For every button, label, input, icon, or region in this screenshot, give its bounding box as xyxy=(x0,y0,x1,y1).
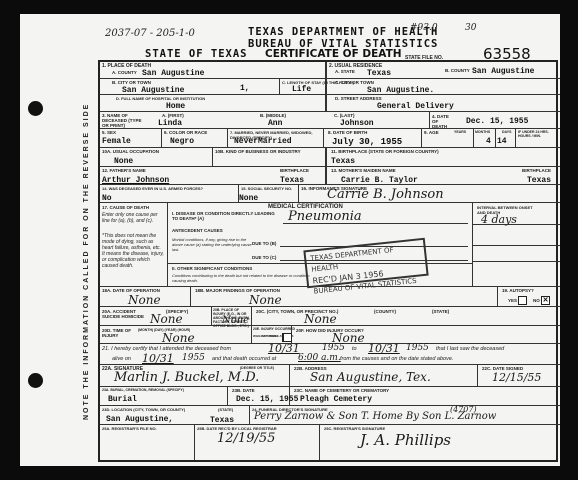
to-word: to xyxy=(352,346,357,352)
armed-forces-label: 14. WAS DECEASED EVER IN U.S. ARMED FORC… xyxy=(102,186,203,191)
birthplace-value: Texas xyxy=(331,157,355,166)
cause-footnote: *This does not mean the mode of dying, s… xyxy=(102,233,164,269)
age-hours-label: IF UNDER 24 HRS. Hours / Min. xyxy=(518,130,558,138)
date-received-value: 12/19/55 xyxy=(217,431,275,446)
ssn-label: 15. SOCIAL SECURITY NO. xyxy=(241,186,292,191)
certify-text-3: alive on xyxy=(112,356,131,362)
burial-location-label: 23d. LOCATION (City, town, or county) xyxy=(102,407,185,412)
certify-text-5: from the causes and on the date stated a… xyxy=(340,356,453,362)
middle-name-value: Ann xyxy=(268,119,282,128)
punch-hole-top xyxy=(28,101,43,116)
mother-birthplace-value: Texas xyxy=(527,176,551,185)
certify-text-4: and that death occurred at xyxy=(212,356,276,362)
first-name-value: Linda xyxy=(158,119,182,128)
age-days-label: DAYS xyxy=(502,130,511,134)
cause-instructions-cell: 17. CAUSE OF DEATH Enter only one cause … xyxy=(100,203,168,287)
burial-state-value: Texas xyxy=(210,416,234,425)
state-title: STATE OF TEXAS xyxy=(145,48,248,60)
mother-cell: 13. MOTHER'S MAIDEN NAME BIRTHPLACE Carr… xyxy=(327,167,560,185)
reverse-side-note: NOTE THE INFORMATION CALLED FOR ON THE R… xyxy=(83,103,90,420)
business-cell: 10b. KIND OF BUSINESS OR INDUSTRY xyxy=(213,148,327,167)
sex-label: 5. SEX xyxy=(102,130,116,135)
length-of-stay-value: Life xyxy=(292,85,311,94)
residence-county-value: San Augustine xyxy=(472,67,534,76)
age-months-label: MONTHS xyxy=(475,130,490,134)
interval-rule-2 xyxy=(473,245,560,246)
dob-value: July 30, 1955 xyxy=(332,137,402,147)
handwritten-code-2: 30 xyxy=(465,23,476,33)
business-label: 10b. KIND OF BUSINESS OR INDUSTRY xyxy=(215,149,301,154)
line-i-label: I. DISEASE OR CONDITION DIRECTLY LEADING… xyxy=(172,211,282,221)
attended-to-year: 1955 xyxy=(406,343,429,353)
county-label: a. COUNTY xyxy=(112,70,137,75)
funeral-director-signature: Perry Zarnow & Son T. Home By Son L. Zar… xyxy=(254,411,496,422)
dob-label: 8. DATE OF BIRTH xyxy=(328,130,367,135)
alive-on-year: 1955 xyxy=(182,353,205,363)
physician-address: San Augustine, Tex. xyxy=(310,370,431,384)
accident-value: None xyxy=(150,312,183,326)
death-county-value: San Augustine xyxy=(142,69,204,78)
informant-cell: 16. INFORMANT'S SIGNATURE Carrie B. John… xyxy=(299,185,560,203)
due-to-b-label: DUE TO (b) xyxy=(252,241,276,246)
date-of-death-value: Dec. 15, 1955 xyxy=(466,117,528,126)
cause-line-a-value: Pneumonia xyxy=(288,209,362,224)
cemetery-cell: 23c. NAME OF CEMETERY OR CREMATORY Pleag… xyxy=(290,387,560,406)
cemetery-value: Pleagh Cemetery xyxy=(300,395,372,404)
race-value: Negro xyxy=(170,137,194,146)
birthplace-label: 11. BIRTHPLACE (State or foreign country… xyxy=(331,149,439,154)
marital-value: NeverMarried xyxy=(234,137,292,146)
handwritten-reference: 2037-07 - 205-1-0 xyxy=(105,28,195,39)
registrar-file-label: 25a. REGISTRAR'S FILE NO. xyxy=(102,426,157,431)
accident-label: 20a. ACCIDENT SUICIDE HOMICIDE xyxy=(102,309,144,319)
date-of-death-cell: 4. DATE OF DEATH Dec. 15, 1955 xyxy=(430,112,560,129)
alive-on-value: 10/31 xyxy=(142,352,174,365)
handwritten-code-1: #93.0 xyxy=(410,23,438,33)
other-conditions-note: Conditions contributing to the death but… xyxy=(172,273,322,283)
injury-time-value: None xyxy=(162,331,195,345)
name-label: 3. NAME OF DECEASED (Type or Print) xyxy=(102,113,142,128)
armed-forces-value: No xyxy=(102,194,112,203)
death-city-value: San Augustine xyxy=(122,86,184,95)
occupation-label: 10a. USUAL OCCUPATION xyxy=(102,149,159,154)
death-city-cell: b. CITY OR TOWN San Augustine 1, xyxy=(100,79,280,95)
age-days-value: 14 xyxy=(497,137,507,146)
physician-signature: Marlin J. Buckel, M.D. xyxy=(114,370,259,385)
mother-birthplace-label: BIRTHPLACE xyxy=(522,168,551,173)
operation-findings-value: None xyxy=(249,293,282,307)
deceased-name-cell: 3. NAME OF DECEASED (Type or Print) a. (… xyxy=(100,112,430,129)
injury-time-label: 20d. TIME OF INJURY xyxy=(102,328,132,338)
injury-county-label: (COUNTY) xyxy=(374,309,396,314)
cause-note: Enter only one cause per line for (a), (… xyxy=(102,212,162,224)
residence-county-label: b. COUNTY xyxy=(445,68,470,73)
certify-text-2: that I last saw the deceased xyxy=(436,346,504,352)
race-cell: 6. COLOR OR RACE Negro xyxy=(162,129,228,148)
age-hours-cell: IF UNDER 24 HRS. Hours / Min. xyxy=(516,129,560,148)
sex-cell: 5. SEX Female xyxy=(100,129,162,148)
registrar-file-cell: 25a. REGISTRAR'S FILE NO. xyxy=(100,425,195,460)
hospital-cell: d. FULL NAME OF HOSPITAL OR INSTITUTION … xyxy=(100,95,327,112)
autopsy-label: 19. AUTOPSY? xyxy=(502,288,534,293)
death-time-value: 6:00 a.m. xyxy=(298,353,341,363)
injury-state-label: (STATE) xyxy=(432,309,449,314)
ssn-cell: 15. SOCIAL SECURITY NO. None xyxy=(239,185,299,203)
attended-from-value: 10/31 xyxy=(268,342,300,355)
last-name-value: Johnson xyxy=(340,119,374,128)
cemetery-label: 23c. NAME OF CEMETERY OR CREMATORY xyxy=(294,388,389,393)
burial-state-label: (State) xyxy=(218,407,233,412)
death-precinct-value: 1, xyxy=(240,84,250,93)
injury-time-cell: 20d. TIME OF INJURY (Month) (Day) (Year)… xyxy=(100,326,252,344)
interval-rule-1 xyxy=(473,224,560,225)
registrar-signature: J. A. Phillips xyxy=(360,431,451,449)
street-label: d. STREET ADDRESS xyxy=(335,96,382,101)
injury-place-cell: 20b. PLACE OF INJURY (e.g., in or about … xyxy=(212,307,252,326)
last-name-label: c. (Last) xyxy=(334,113,355,118)
interval-rule-3 xyxy=(473,261,560,262)
autopsy-yes-label: YES xyxy=(508,298,517,303)
residence-city-value: San Augustine. xyxy=(367,86,434,95)
certificate-form: 1. PLACE OF DEATH a. COUNTY San Augustin… xyxy=(98,60,558,462)
age-months-value: 4 xyxy=(486,137,491,146)
age-months-cell: MONTHS 4 xyxy=(474,129,496,148)
street-value: General Delivery xyxy=(377,102,454,111)
place-of-death-county-cell: 1. PLACE OF DEATH a. COUNTY San Augustin… xyxy=(100,62,327,79)
armed-forces-cell: 14. WAS DECEASED EVER IN U.S. ARMED FORC… xyxy=(100,185,239,203)
not-while-at-work-checkbox[interactable] xyxy=(283,333,292,342)
attended-to-value: 10/31 xyxy=(368,342,400,355)
street-address-cell: d. STREET ADDRESS General Delivery xyxy=(327,95,560,112)
burial-type-value: Burial xyxy=(108,395,137,404)
operation-date-value: None xyxy=(128,293,161,307)
middle-name-label: b. (Middle) xyxy=(260,113,286,118)
operation-date-cell: 18a. DATE OF OPERATION None xyxy=(100,287,191,307)
residence-state-label: a. STATE xyxy=(335,69,355,74)
interval-cell: INTERVAL BETWEEN ONSET AND DEATH 4 days xyxy=(473,203,560,287)
residence-state-cell: 2. USUAL RESIDENCE a. STATE Texas b. COU… xyxy=(327,62,560,79)
other-conditions-label: II. OTHER SIGNIFICANT CONDITIONS xyxy=(172,266,252,271)
autopsy-cell: 19. AUTOPSY? YES NO ✕ xyxy=(498,287,560,307)
burial-date-cell: 23b. DATE Dec. 15, 1955 xyxy=(228,387,290,406)
residence-state-value: Texas xyxy=(367,69,391,78)
certification-cell: 21. I hereby certify that I attended the… xyxy=(100,344,560,365)
punch-hole-bottom xyxy=(28,373,43,388)
burial-date-label: 23b. DATE xyxy=(232,388,255,393)
autopsy-no-checkbox[interactable]: ✕ xyxy=(541,296,550,305)
length-of-stay-cell: c. LENGTH OF STAY (in this place) Life xyxy=(280,79,327,95)
injury-place-value: None xyxy=(222,315,249,326)
mother-label: 13. MOTHER'S MAIDEN NAME xyxy=(331,168,396,173)
date-of-death-label: 4. DATE OF DEATH xyxy=(432,114,452,129)
antecedent-note: Morbid conditions, if any, giving rise t… xyxy=(172,237,252,252)
father-birthplace-value: Texas xyxy=(280,176,304,185)
due-to-c-label: DUE TO (c) xyxy=(252,255,276,260)
autopsy-yes-checkbox[interactable] xyxy=(518,296,527,305)
sex-value: Female xyxy=(102,137,131,146)
burial-type-cell: 23a. BURIAL, CREMATION, REMOVAL (Specify… xyxy=(100,387,228,406)
age-days-cell: DAYS 14 xyxy=(496,129,516,148)
accident-cell: 20a. ACCIDENT SUICIDE HOMICIDE (Specify)… xyxy=(100,307,212,326)
date-of-birth-cell: 8. DATE OF BIRTH July 30, 1955 xyxy=(324,129,422,148)
occupation-value: None xyxy=(114,157,133,166)
autopsy-no-label: NO xyxy=(533,298,540,303)
physician-signature-cell: 22a. SIGNATURE (Degree or title) Marlin … xyxy=(100,365,290,387)
mother-value: Carrie B. Taylor xyxy=(341,176,418,185)
occupation-cell: 10a. USUAL OCCUPATION None xyxy=(100,148,213,167)
age-label: 9. AGE xyxy=(424,130,439,135)
date-signed-value: 12/15/55 xyxy=(492,371,541,384)
injury-how-cell: NOT WHILE AT WORK 20f. HOW DID INJURY OC… xyxy=(292,326,560,344)
residence-city-cell: c. CITY OR TOWN San Augustine. xyxy=(327,79,560,95)
burial-type-label: 23a. BURIAL, CREMATION, REMOVAL (Specify… xyxy=(102,388,184,392)
death-city-label: b. CITY OR TOWN xyxy=(112,80,151,85)
cause-of-death-label: 17. CAUSE OF DEATH xyxy=(102,205,149,210)
hospital-value: Home xyxy=(166,102,185,111)
registrar-signature-cell: 25c. REGISTRAR'S SIGNATURE J. A. Phillip… xyxy=(320,425,560,460)
injury-city-value: None xyxy=(304,312,337,326)
marital-status-cell: 7. MARRIED, NEVER MARRIED, WIDOWED, DIVO… xyxy=(228,129,324,148)
informant-signature: Carrie B. Johnson xyxy=(327,187,444,202)
father-birthplace-label: BIRTHPLACE xyxy=(280,168,309,173)
antecedent-label: ANTECEDENT CAUSES xyxy=(172,228,223,233)
first-name-label: a. (First) xyxy=(162,113,184,118)
father-label: 12. FATHER'S NAME xyxy=(102,168,146,173)
attended-from-year: 1955 xyxy=(322,343,345,353)
hospital-label: d. FULL NAME OF HOSPITAL OR INSTITUTION xyxy=(116,96,205,101)
age-years-cell: 9. AGE YEARS xyxy=(422,129,474,148)
father-cell: 12. FATHER'S NAME BIRTHPLACE Arthur John… xyxy=(100,167,327,185)
date-signed-cell: 22c. DATE SIGNED 12/15/55 xyxy=(478,365,560,387)
father-value: Arthur Johnson xyxy=(102,176,169,185)
injury-city-cell: 20c. (CITY, TOWN, OR PRECINCT NO.) (COUN… xyxy=(252,307,560,326)
birthplace-cell: 11. BIRTHPLACE (State or foreign country… xyxy=(327,148,560,167)
residence-city-label: c. CITY OR TOWN xyxy=(335,80,374,85)
funeral-director-cell: 24. FUNERAL DIRECTOR'S SIGNATURE (4707) … xyxy=(250,406,560,425)
injury-occurred-label: 20e. INJURY OCCURRED xyxy=(253,327,295,331)
date-received-cell: 25b. DATE REC'D BY LOCAL REGISTRAR 12/19… xyxy=(195,425,320,460)
certificate-title: CERTIFICATE OF DEATH xyxy=(265,48,402,60)
ssn-value: None xyxy=(239,194,258,203)
age-years-label: YEARS xyxy=(454,130,466,134)
burial-city-value: San Augustine, xyxy=(106,415,173,424)
race-label: 6. COLOR OR RACE xyxy=(164,130,207,135)
physician-address-cell: 22b. ADDRESS San Augustine, Tex. xyxy=(290,365,478,387)
burial-location-cell: 23d. LOCATION (City, town, or county) (S… xyxy=(100,406,250,425)
